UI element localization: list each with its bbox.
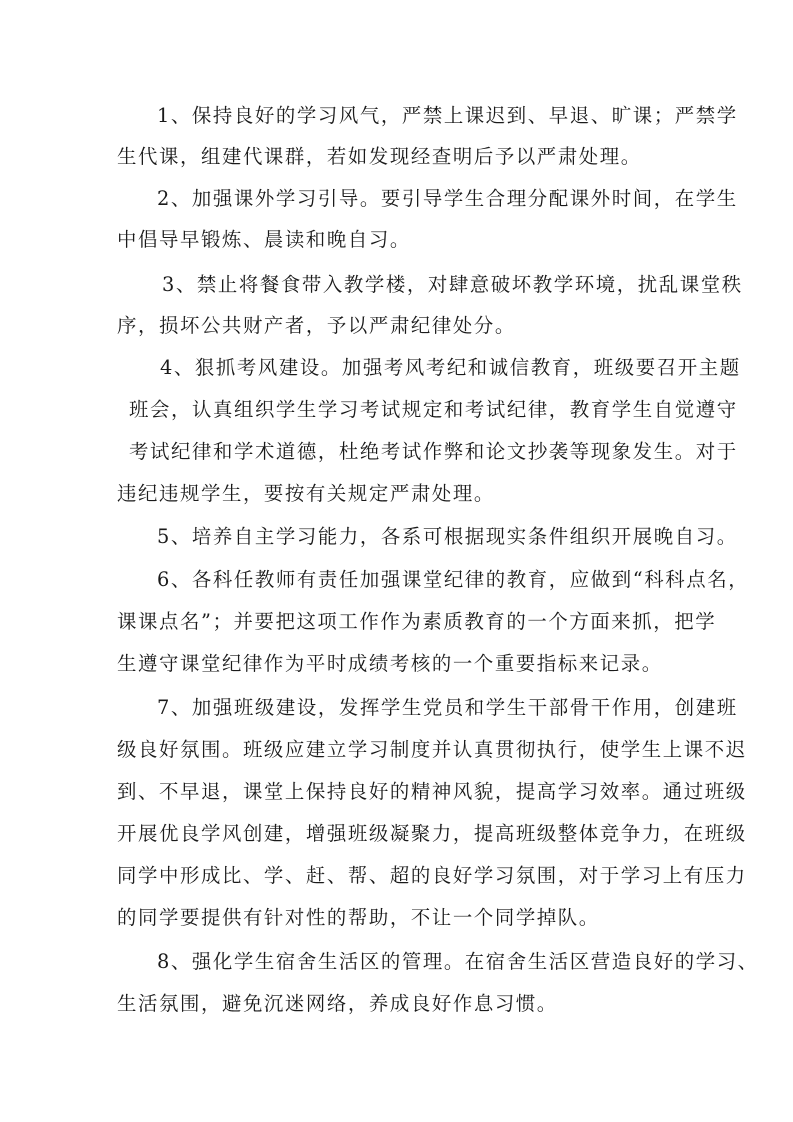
paragraph-7-line-2: 级良好氛围。班级应建立学习制度并认真贯彻执行，使学生上课不迟	[117, 738, 747, 762]
paragraph-8-line-2: 生活氛围，避免沉迷网络，养成良好作息习惯。	[117, 992, 558, 1016]
paragraph-4-line-1: 4、狠抓考风建设。加强考风考纪和诚信教育，班级要召开主题	[160, 356, 741, 380]
paragraph-4-line-4: 违纪违规学生，要按有关规定严肃处理。	[117, 482, 495, 506]
paragraph-2-line-1: 2、加强课外学习引导。要引导学生合理分配课外时间，在学生	[157, 187, 738, 211]
paragraph-2-line-2: 中倡导早锻炼、晨读和晚自习。	[117, 228, 411, 252]
paragraph-6-line-3: 生遵守课堂纪律作为平时成绩考核的一个重要指标来记录。	[117, 652, 663, 676]
paragraph-7-line-5: 同学中形成比、学、赶、帮、超的良好学习氛围，对于学习上有压力	[117, 864, 747, 888]
paragraph-7-line-3: 到、不早退，课堂上保持良好的精神风貌，提高学习效率。通过班级	[117, 780, 747, 804]
paragraph-5-line-1: 5、培养自主学习能力，各系可根据现实条件组织开展晚自习。	[157, 525, 738, 549]
paragraph-6-line-2: 课课点名”；并要把这项工作作为素质教育的一个方面来抓，把学	[117, 610, 716, 634]
paragraph-7-line-6: 的同学要提供有针对性的帮助，不让一个同学掉队。	[117, 906, 600, 930]
paragraph-7-line-1: 7、加强班级建设，发挥学生党员和学生干部骨干作用，创建班	[157, 696, 738, 720]
paragraph-4-line-2: 班会，认真组织学生学习考试规定和考试纪律，教育学生自觉遵守	[129, 398, 738, 422]
paragraph-1-line-2: 生代课，组建代课群，若如发现经查明后予以严肃处理。	[117, 145, 642, 169]
paragraph-4-line-3: 考试纪律和学术道德，杜绝考试作弊和论文抄袭等现象发生。对于	[129, 440, 738, 464]
paragraph-3-line-2: 序，损坏公共财产者，予以严肃纪律处分。	[117, 314, 516, 338]
document-page: 1、保持良好的学习风气，严禁上课迟到、早退、旷课；严禁学 生代课，组建代课群，若…	[0, 0, 793, 1122]
paragraph-8-line-1: 8、强化学生宿舍生活区的管理。在宿舍生活区营造良好的学习、	[157, 950, 759, 974]
paragraph-3-line-1: 3、禁止将餐食带入教学楼，对肆意破坏教学环境，扰乱课堂秩	[162, 273, 743, 297]
paragraph-7-line-4: 开展优良学风创建，增强班级凝聚力，提高班级整体竞争力，在班级	[117, 822, 747, 846]
paragraph-1-line-1: 1、保持良好的学习风气，严禁上课迟到、早退、旷课；严禁学	[157, 104, 738, 128]
paragraph-6-line-1: 6、各科任教师有责任加强课堂纪律的教育，应做到“科科点名，	[157, 568, 749, 592]
